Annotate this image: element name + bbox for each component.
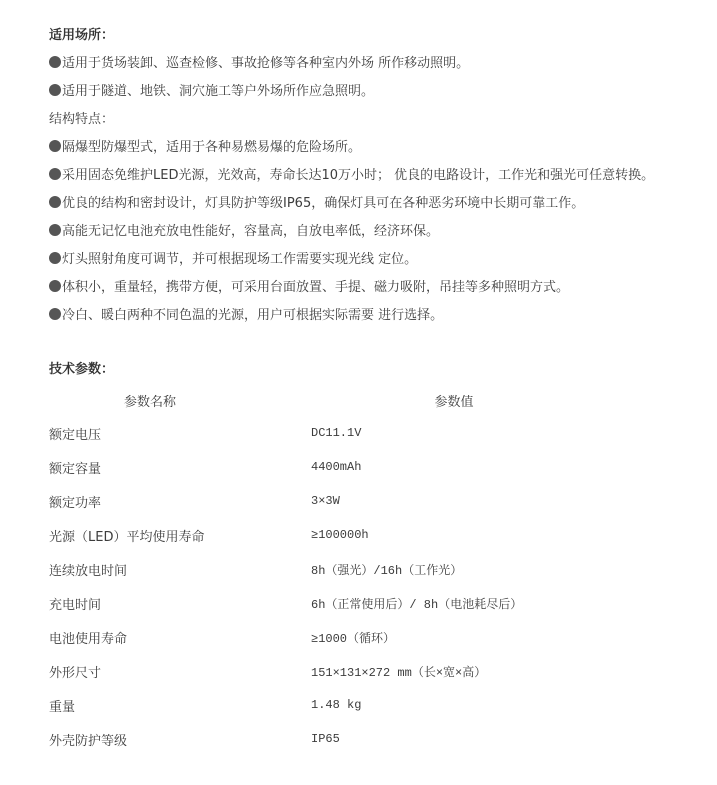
product-description: 适用场所： 适用于货场装卸、巡查检修、事故抢修等各种室内外场 所作移动照明。 适… (49, 22, 709, 756)
table-row: 连续放电时间 8h（强光）/16h（工作光） (49, 552, 609, 586)
bullet-icon (49, 224, 61, 236)
bullet-icon (49, 140, 61, 152)
feature-item: 优良的结构和密封设计，灯具防护等级IP65，确保灯具可在各种恶劣环境中长期可靠工… (49, 190, 709, 218)
table-row: 光源（LED）平均使用寿命 ≥100000h (49, 518, 609, 552)
param-value: 151×131×272 mm（长×宽×高） (311, 654, 609, 688)
feature-item: 采用固态免维护LED光源，光效高，寿命长达10万小时； 优良的电路设计，工作光和… (49, 162, 709, 190)
param-name: 连续放电时间 (49, 552, 311, 586)
param-value: 6h（正常使用后）/ 8h（电池耗尽后） (311, 586, 609, 620)
features-title: 结构特点： (49, 106, 709, 134)
param-value: DC11.1V (311, 416, 609, 450)
section-spacer (49, 330, 709, 356)
param-value: ≥1000（循环） (311, 620, 609, 654)
bullet-icon (49, 168, 61, 180)
column-header-name: 参数名称 (49, 384, 311, 416)
param-name: 重量 (49, 688, 311, 722)
application-title: 适用场所： (49, 22, 709, 50)
param-name: 电池使用寿命 (49, 620, 311, 654)
param-name: 外壳防护等级 (49, 722, 311, 756)
param-value: IP65 (311, 722, 609, 756)
param-name: 额定功率 (49, 484, 311, 518)
feature-item: 高能无记忆电池充放电性能好，容量高，自放电率低，经济环保。 (49, 218, 709, 246)
bullet-icon (49, 280, 61, 292)
bullet-icon (49, 196, 61, 208)
specs-title: 技术参数： (49, 356, 709, 384)
bullet-icon (49, 252, 61, 264)
feature-item: 隔爆型防爆型式，适用于各种易燃易爆的危险场所。 (49, 134, 709, 162)
param-value: ≥100000h (311, 518, 609, 552)
param-value: 3×3W (311, 484, 609, 518)
table-row: 额定功率 3×3W (49, 484, 609, 518)
table-row: 电池使用寿命 ≥1000（循环） (49, 620, 609, 654)
table-row: 外壳防护等级 IP65 (49, 722, 609, 756)
bullet-icon (49, 308, 61, 320)
param-name: 光源（LED）平均使用寿命 (49, 518, 311, 552)
bullet-icon (49, 56, 61, 68)
application-item: 适用于货场装卸、巡查检修、事故抢修等各种室内外场 所作移动照明。 (49, 50, 709, 78)
specs-table: 参数名称 参数值 额定电压 DC11.1V 额定容量 4400mAh 额定功率 … (49, 384, 609, 756)
param-value: 4400mAh (311, 450, 609, 484)
param-value: 8h（强光）/16h（工作光） (311, 552, 609, 586)
feature-item: 灯头照射角度可调节，并可根据现场工作需要实现光线 定位。 (49, 246, 709, 274)
param-name: 外形尺寸 (49, 654, 311, 688)
table-row: 额定容量 4400mAh (49, 450, 609, 484)
table-row: 充电时间 6h（正常使用后）/ 8h（电池耗尽后） (49, 586, 609, 620)
param-name: 额定容量 (49, 450, 311, 484)
param-name: 充电时间 (49, 586, 311, 620)
table-row: 额定电压 DC11.1V (49, 416, 609, 450)
specs-header-row: 参数名称 参数值 (49, 384, 609, 416)
table-row: 外形尺寸 151×131×272 mm（长×宽×高） (49, 654, 609, 688)
param-name: 额定电压 (49, 416, 311, 450)
application-item: 适用于隧道、地铁、洞穴施工等户外场所作应急照明。 (49, 78, 709, 106)
bullet-icon (49, 84, 61, 96)
param-value: 1.48 kg (311, 688, 609, 722)
table-row: 重量 1.48 kg (49, 688, 609, 722)
feature-item: 冷白、暖白两种不同色温的光源，用户可根据实际需要 进行选择。 (49, 302, 709, 330)
feature-item: 体积小，重量轻，携带方便，可采用台面放置、手提、磁力吸附，吊挂等多种照明方式。 (49, 274, 709, 302)
column-header-value: 参数值 (311, 384, 609, 416)
